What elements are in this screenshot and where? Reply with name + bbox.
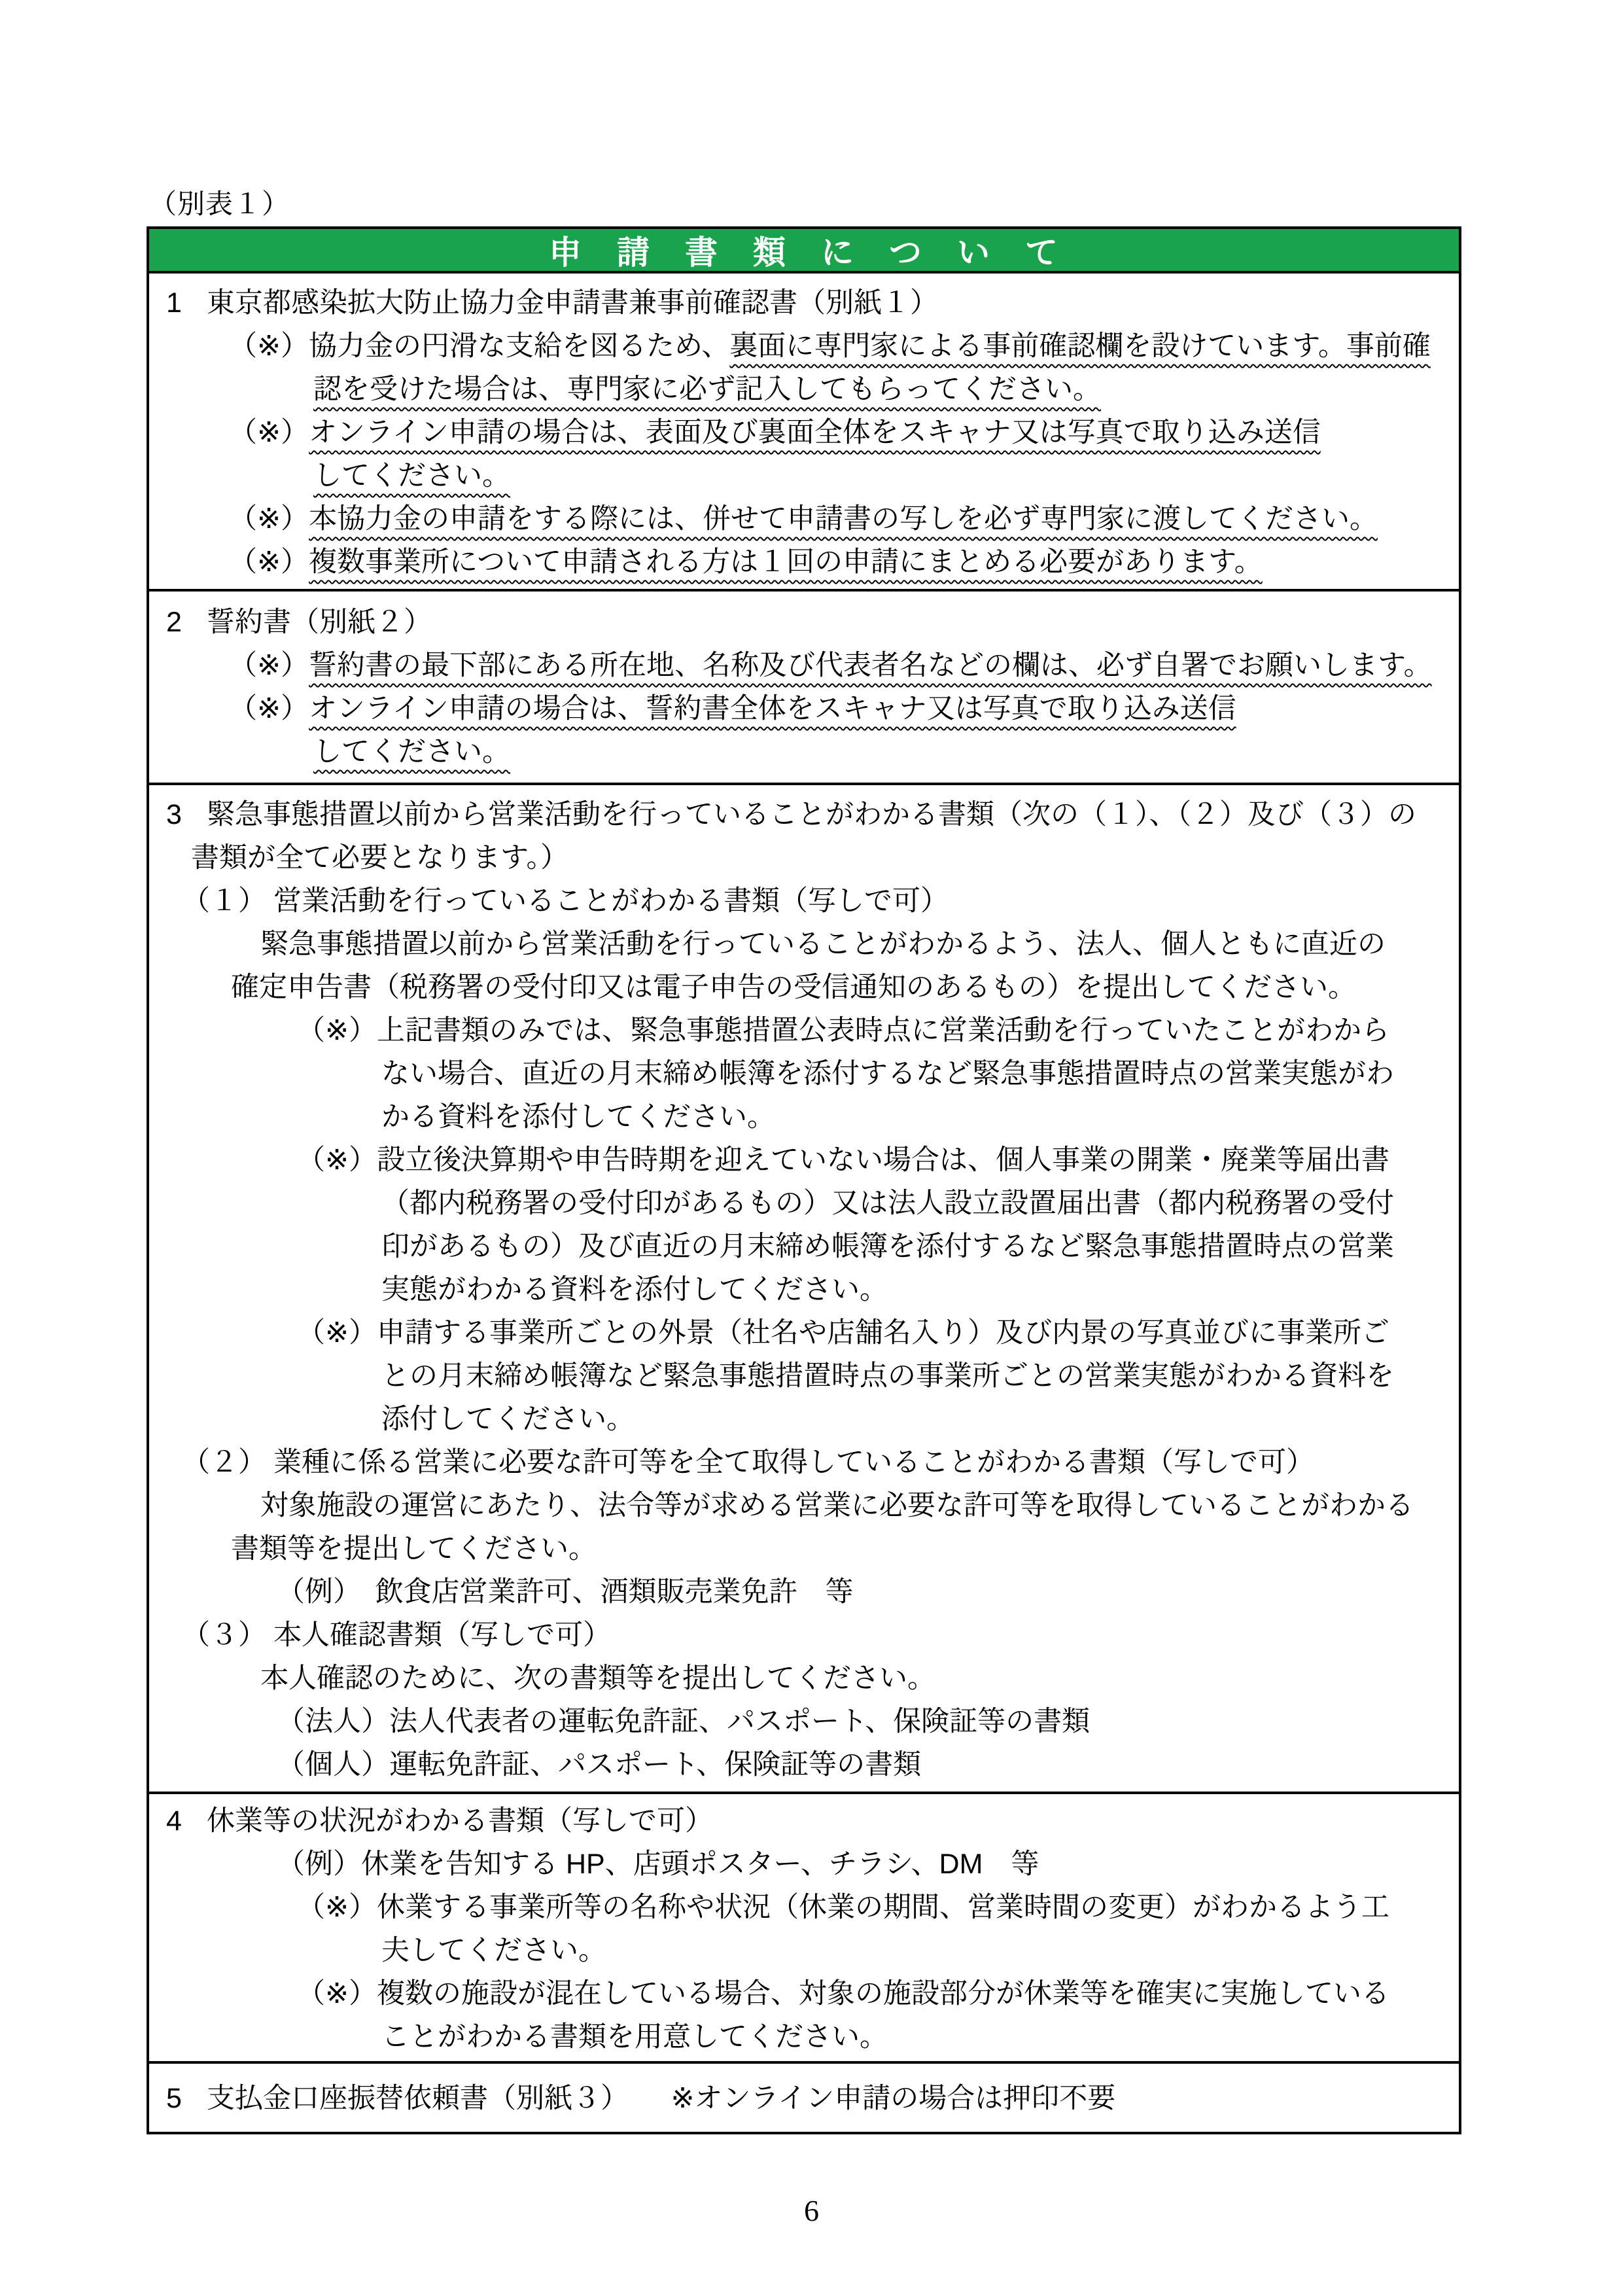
line-text: 設立後決算期や申告時期を迎えていない場合は、個人事業の開業・廃業等届出書	[377, 1144, 1389, 1176]
line-marker: （※）	[229, 411, 309, 454]
attachment-table-label: （別表１）	[149, 186, 1461, 222]
text-line: （個人）運転免許証、パスポート、保険証等の書類	[149, 1743, 1459, 1786]
table-title-text: 申 請 書 類 に つ い て	[549, 226, 1059, 274]
table-section: 2誓約書（別紙２）（※）誓約書の最下部にある所在地、名称及び代表者名などの欄は、…	[149, 592, 1459, 785]
text-line: との月末締め帳簿など緊急事態措置時点の事業所ごとの営業実態がわかる資料を	[149, 1354, 1459, 1398]
line-marker: （２）	[182, 1441, 273, 1484]
line-text: してください。	[313, 736, 510, 768]
line-marker: （※）	[229, 325, 309, 368]
line-marker: 1	[166, 281, 207, 325]
line-text: （個人）運転免許証、パスポート、保険証等の書類	[277, 1749, 921, 1780]
text-line: してください。	[149, 454, 1459, 497]
text-line: （３）本人確認書類（写しで可）	[149, 1614, 1459, 1657]
line-text: 緊急事態措置以前から営業活動を行っていることがわかる書類（次の（１）、（２）及び…	[207, 799, 1416, 830]
line-marker: （※）	[297, 1139, 377, 1182]
text-line: してください。	[149, 730, 1459, 773]
line-text: かる資料を添付してください。	[381, 1101, 775, 1133]
text-line: 対象施設の運営にあたり、法令等が求める営業に必要な許可等を取得していることがわか…	[149, 1484, 1459, 1527]
line-text: 上記書類のみでは、緊急事態措置公表時点に営業活動を行っていたことがわから	[377, 1015, 1389, 1046]
line-text: 本人確認のために、次の書類等を提出してください。	[260, 1663, 935, 1694]
text-line: （※）複数の施設が混在している場合、対象の施設部分が休業等を確実に実施している	[149, 1972, 1459, 2015]
line-text: 確定申告書（税務署の受付印又は電子申告の受信通知のあるもの）を提出してください。	[231, 972, 1356, 1003]
line-marker: （１）	[182, 879, 273, 923]
table-section: 1東京都感染拡大防止協力金申請書兼事前確認書（別紙１）（※）協力金の円滑な支給を…	[149, 274, 1459, 592]
line-text: 複数事業所について申請される方は１回の申請にまとめる必要があります。	[309, 546, 1263, 578]
line-text: 東京都感染拡大防止協力金申請書兼事前確認書（別紙１）	[207, 287, 938, 319]
text-line: （例）休業を告知する HP、店頭ポスター、チラシ、DM 等	[149, 1843, 1459, 1886]
text-line: （※）申請する事業所ごとの外景（社名や店舗名入り）及び内景の写真並びに事業所ご	[149, 1311, 1459, 1354]
text-line: （※）誓約書の最下部にある所在地、名称及び代表者名などの欄は、必ず自署でお願いし…	[149, 644, 1459, 687]
line-text: 実態がわかる資料を添付してください。	[381, 1274, 888, 1305]
line-text: （例） 飲食店営業許可、酒類販売業免許 等	[277, 1576, 854, 1608]
table-section: 3緊急事態措置以前から営業活動を行っていることがわかる書類（次の（１）、（２）及…	[149, 785, 1459, 1794]
text-line: （都内税務署の受付印があるもの）又は法人設立設置届出書（都内税務署の受付	[149, 1182, 1459, 1225]
page-number: 6	[0, 2193, 1623, 2228]
table-section: 4休業等の状況がわかる書類（写しで可）（例）休業を告知する HP、店頭ポスター、…	[149, 1794, 1459, 2064]
line-text: オンライン申請の場合は、表面及び裏面全体をスキャナ又は写真で取り込み送信	[309, 417, 1321, 448]
text-line: 実態がわかる資料を添付してください。	[149, 1268, 1459, 1311]
line-text: 協力金の円滑な支給を図るため、	[309, 330, 729, 362]
text-line: ない場合、直近の月末締め帳簿を添付するなど緊急事態措置時点の営業実態がわ	[149, 1052, 1459, 1095]
text-line: 印があるもの）及び直近の月末締め帳簿を添付するなど緊急事態措置時点の営業	[149, 1225, 1459, 1268]
document-table: 申 請 書 類 に つ い て 1東京都感染拡大防止協力金申請書兼事前確認書（別…	[147, 226, 1461, 2134]
line-text: 裏面に専門家による事前確認欄を設けています。事前確	[729, 330, 1431, 362]
text-line: 認を受けた場合は、専門家に必ず記入してもらってください。	[149, 368, 1459, 411]
line-text: （例）休業を告知する HP、店頭ポスター、チラシ、DM 等	[277, 1848, 1039, 1880]
line-text: ことがわかる書類を用意してください。	[381, 2021, 888, 2053]
line-text: 本人確認書類（写しで可）	[273, 1619, 611, 1651]
table-section: 5支払金口座振替依頼書（別紙３） ※オンライン申請の場合は押印不要	[149, 2064, 1459, 2132]
text-line: 書類が全て必要となります。）	[149, 836, 1459, 879]
text-line: （※）協力金の円滑な支給を図るため、裏面に専門家による事前確認欄を設けています。…	[149, 325, 1459, 368]
text-line: 2誓約書（別紙２）	[149, 601, 1459, 644]
text-line: 緊急事態措置以前から営業活動を行っていることがわかるよう、法人、個人ともに直近の	[149, 923, 1459, 966]
table-title-bar: 申 請 書 類 に つ い て	[149, 229, 1459, 274]
line-marker: （※）	[297, 1311, 377, 1354]
line-text: 誓約書の最下部にある所在地、名称及び代表者名などの欄は、必ず自署でお願いします。	[309, 650, 1432, 681]
text-line: （※）休業する事業所等の名称や状況（休業の期間、営業時間の変更）がわかるよう工	[149, 1886, 1459, 1929]
line-text: 休業等の状況がわかる書類（写しで可）	[207, 1805, 713, 1837]
line-text: 添付してください。	[381, 1404, 635, 1435]
text-line: （※）本協力金の申請をする際には、併せて申請書の写しを必ず専門家に渡してください…	[149, 497, 1459, 540]
text-line: （例） 飲食店営業許可、酒類販売業免許 等	[149, 1570, 1459, 1614]
text-line: ことがわかる書類を用意してください。	[149, 2015, 1459, 2058]
line-text: 印があるもの）及び直近の月末締め帳簿を添付するなど緊急事態措置時点の営業	[381, 1231, 1394, 1262]
text-line: （※）上記書類のみでは、緊急事態措置公表時点に営業活動を行っていたことがわから	[149, 1009, 1459, 1052]
text-line: 添付してください。	[149, 1398, 1459, 1441]
line-marker: （※）	[297, 1972, 377, 2015]
line-text: 認を受けた場合は、専門家に必ず記入してもらってください。	[313, 374, 1101, 405]
line-text: 申請する事業所ごとの外景（社名や店舗名入り）及び内景の写真並びに事業所ご	[377, 1317, 1389, 1349]
text-line: 3緊急事態措置以前から営業活動を行っていることがわかる書類（次の（１）、（２）及…	[149, 793, 1459, 836]
line-text: （都内税務署の受付印があるもの）又は法人設立設置届出書（都内税務署の受付	[381, 1188, 1394, 1219]
line-text: 本協力金の申請をする際には、併せて申請書の写しを必ず専門家に渡してください。	[309, 503, 1378, 535]
line-text: 対象施設の運営にあたり、法令等が求める営業に必要な許可等を取得していることがわか…	[260, 1490, 1414, 1521]
text-line: 5支払金口座振替依頼書（別紙３） ※オンライン申請の場合は押印不要	[149, 2077, 1459, 2120]
text-line: （１）営業活動を行っていることがわかる書類（写しで可）	[149, 879, 1459, 923]
line-marker: （※）	[229, 687, 309, 730]
text-line: 夫してください。	[149, 1929, 1459, 1972]
line-marker: （※）	[297, 1886, 377, 1929]
document-page: { "page": { "annotation": "（別表１）", "page…	[0, 0, 1623, 2296]
line-text: 書類が全て必要となります。）	[191, 842, 568, 874]
text-line: 4休業等の状況がわかる書類（写しで可）	[149, 1799, 1459, 1843]
line-text: 支払金口座振替依頼書（別紙３） ※オンライン申請の場合は押印不要	[207, 2083, 1115, 2114]
text-line: （法人）法人代表者の運転免許証、パスポート、保険証等の書類	[149, 1700, 1459, 1743]
line-text: オンライン申請の場合は、誓約書全体をスキャナ又は写真で取り込み送信	[309, 693, 1236, 724]
text-line: （※）オンライン申請の場合は、誓約書全体をスキャナ又は写真で取り込み送信	[149, 687, 1459, 730]
text-line: 本人確認のために、次の書類等を提出してください。	[149, 1657, 1459, 1700]
line-text: 業種に係る営業に必要な許可等を全て取得していることがわかる書類（写しで可）	[273, 1447, 1314, 1478]
line-text: 休業する事業所等の名称や状況（休業の期間、営業時間の変更）がわかるよう工	[377, 1892, 1389, 1923]
line-marker: （※）	[229, 540, 309, 584]
text-line: （※）設立後決算期や申告時期を迎えていない場合は、個人事業の開業・廃業等届出書	[149, 1139, 1459, 1182]
line-text: してください。	[313, 460, 510, 491]
line-text: 緊急事態措置以前から営業活動を行っていることがわかるよう、法人、個人ともに直近の	[260, 928, 1386, 960]
line-marker: （※）	[297, 1009, 377, 1052]
text-line: 1東京都感染拡大防止協力金申請書兼事前確認書（別紙１）	[149, 281, 1459, 325]
line-marker: 5	[166, 2077, 207, 2120]
text-line: （※）複数事業所について申請される方は１回の申請にまとめる必要があります。	[149, 540, 1459, 584]
line-marker: （※）	[229, 497, 309, 540]
line-marker: 3	[166, 793, 207, 836]
line-text: 営業活動を行っていることがわかる書類（写しで可）	[273, 885, 949, 917]
text-line: 書類等を提出してください。	[149, 1527, 1459, 1570]
line-marker: 4	[166, 1799, 207, 1843]
line-marker: 2	[166, 601, 207, 644]
line-text: 夫してください。	[381, 1935, 606, 1966]
line-text: （法人）法人代表者の運転免許証、パスポート、保険証等の書類	[277, 1706, 1090, 1737]
line-text: 書類等を提出してください。	[231, 1533, 597, 1564]
line-marker: （３）	[182, 1614, 273, 1657]
text-line: 確定申告書（税務署の受付印又は電子申告の受信通知のあるもの）を提出してください。	[149, 966, 1459, 1009]
line-text: ない場合、直近の月末締め帳簿を添付するなど緊急事態措置時点の営業実態がわ	[381, 1058, 1394, 1089]
text-line: かる資料を添付してください。	[149, 1095, 1459, 1139]
document-content: （別表１） 申 請 書 類 に つ い て 1東京都感染拡大防止協力金申請書兼事…	[147, 186, 1461, 2134]
line-marker: （※）	[229, 644, 309, 687]
line-text: 誓約書（別紙２）	[207, 607, 432, 638]
text-line: （※）オンライン申請の場合は、表面及び裏面全体をスキャナ又は写真で取り込み送信	[149, 411, 1459, 454]
line-text: との月末締め帳簿など緊急事態措置時点の事業所ごとの営業実態がわかる資料を	[381, 1360, 1394, 1392]
text-line: （２）業種に係る営業に必要な許可等を全て取得していることがわかる書類（写しで可）	[149, 1441, 1459, 1484]
line-text: 複数の施設が混在している場合、対象の施設部分が休業等を確実に実施している	[377, 1978, 1389, 2009]
